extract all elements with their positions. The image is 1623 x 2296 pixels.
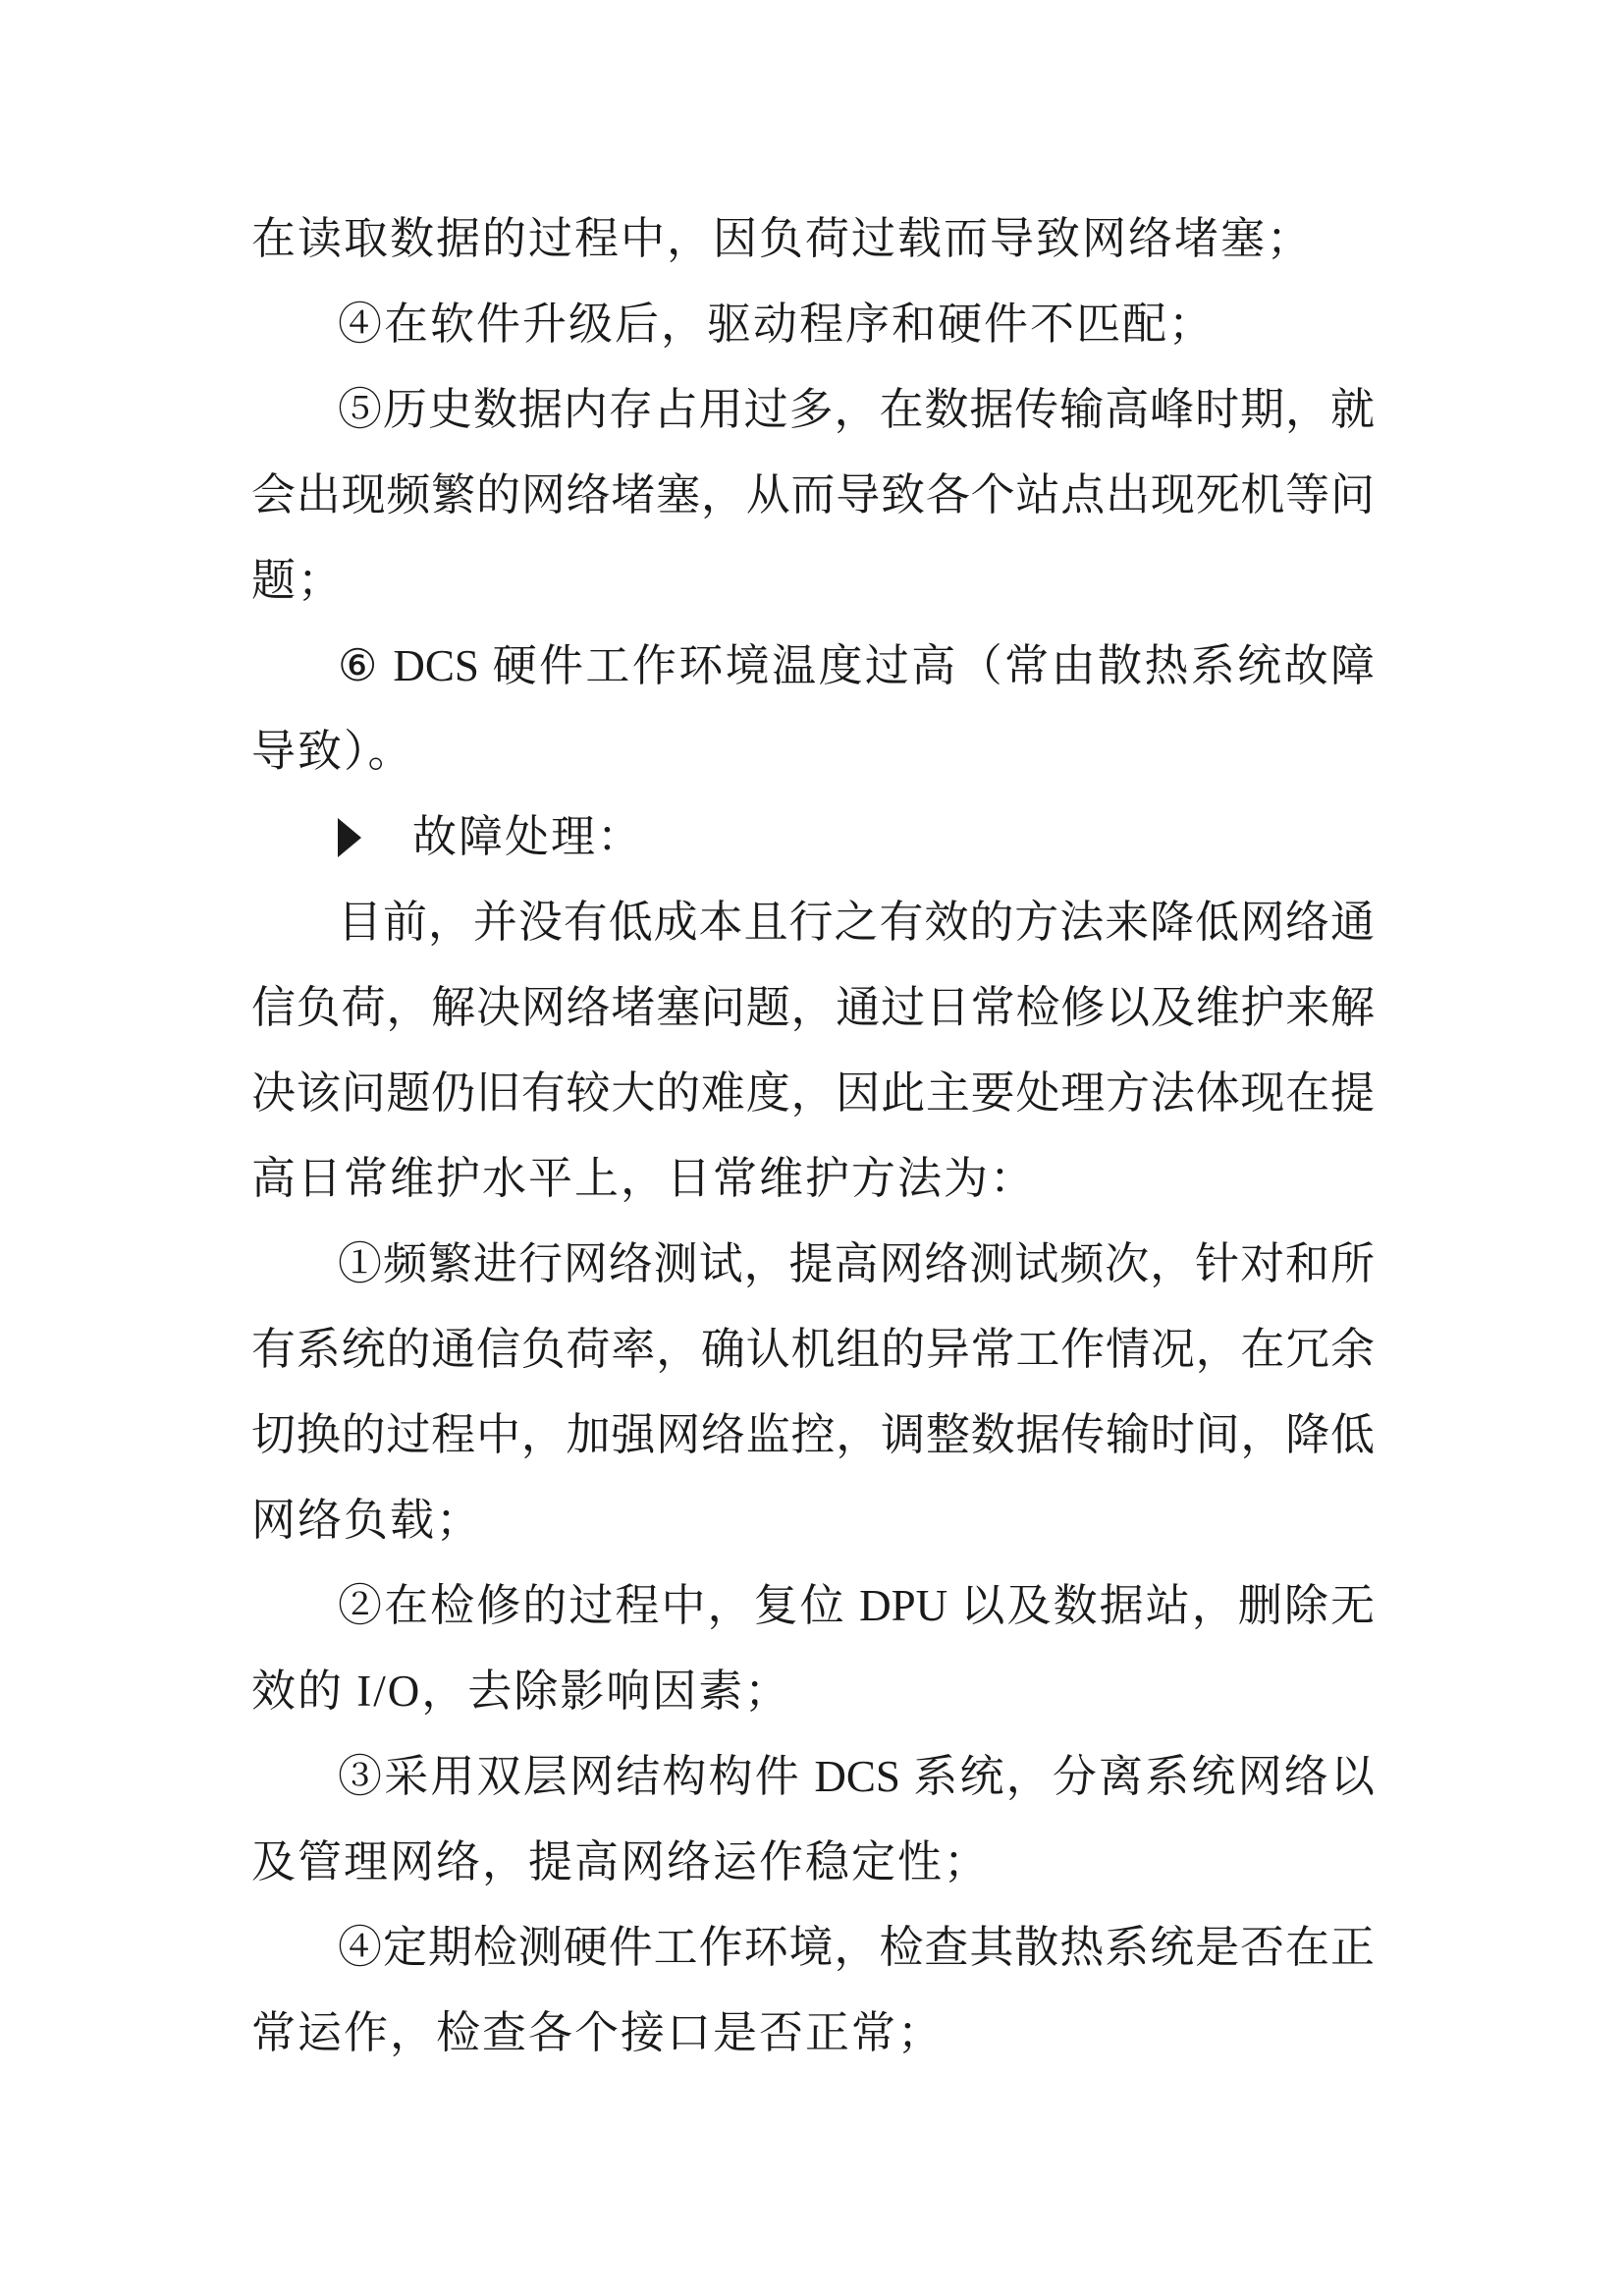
text-line: ④在软件升级后，驱动程序和硬件不匹配； xyxy=(251,282,1375,367)
document-body: 在读取数据的过程中，因负荷过载而导致网络堵塞；④在软件升级后，驱动程序和硬件不匹… xyxy=(251,196,1375,2076)
text-line: 效的 I/O，去除影响因素； xyxy=(251,1649,1375,1734)
text-line: 目前，并没有低成本且行之有效的方法来降低网络通 xyxy=(251,880,1375,965)
text-line: 在读取数据的过程中，因负荷过载而导致网络堵塞； xyxy=(251,196,1375,282)
text-line: 高日常维护水平上，日常维护方法为： xyxy=(251,1136,1375,1222)
text-line: 常运作，检查各个接口是否正常； xyxy=(251,1991,1375,2076)
bullet-label: 故障处理： xyxy=(412,812,643,861)
text-line: 信负荷，解决网络堵塞问题，通过日常检修以及维护来解 xyxy=(251,965,1375,1051)
text-line: ③采用双层网结构构件 DCS 系统，分离系统网络以 xyxy=(251,1734,1375,1820)
text-line: ⑤历史数据内存占用过多，在数据传输高峰时期，就 xyxy=(251,367,1375,453)
document-page: 在读取数据的过程中，因负荷过载而导致网络堵塞；④在软件升级后，驱动程序和硬件不匹… xyxy=(0,0,1623,2296)
text-line: ①频繁进行网络测试，提高网络测试频次，针对和所 xyxy=(251,1222,1375,1307)
text-line: 网络负载； xyxy=(251,1478,1375,1563)
text-line: 切换的过程中，加强网络监控，调整数据传输时间，降低 xyxy=(251,1393,1375,1478)
text-line: 导致）。 xyxy=(251,709,1375,794)
text-line: 及管理网络，提高网络运作稳定性； xyxy=(251,1820,1375,1905)
text-line: ②在检修的过程中，复位 DPU 以及数据站，删除无 xyxy=(251,1563,1375,1649)
text-line: 有系统的通信负荷率，确认机组的异常工作情况，在冗余 xyxy=(251,1307,1375,1393)
text-line: ⑥ DCS 硬件工作环境温度过高（常由散热系统故障 xyxy=(251,624,1375,709)
text-line: ④定期检测硬件工作环境，检查其散热系统是否在正 xyxy=(251,1905,1375,1991)
text-line: 故障处理： xyxy=(251,794,1375,880)
text-line: 决该问题仍旧有较大的难度，因此主要处理方法体现在提 xyxy=(251,1051,1375,1136)
bullet-triangle-icon xyxy=(338,818,361,857)
text-line: 会出现频繁的网络堵塞，从而导致各个站点出现死机等问 xyxy=(251,453,1375,538)
text-line: 题； xyxy=(251,538,1375,624)
